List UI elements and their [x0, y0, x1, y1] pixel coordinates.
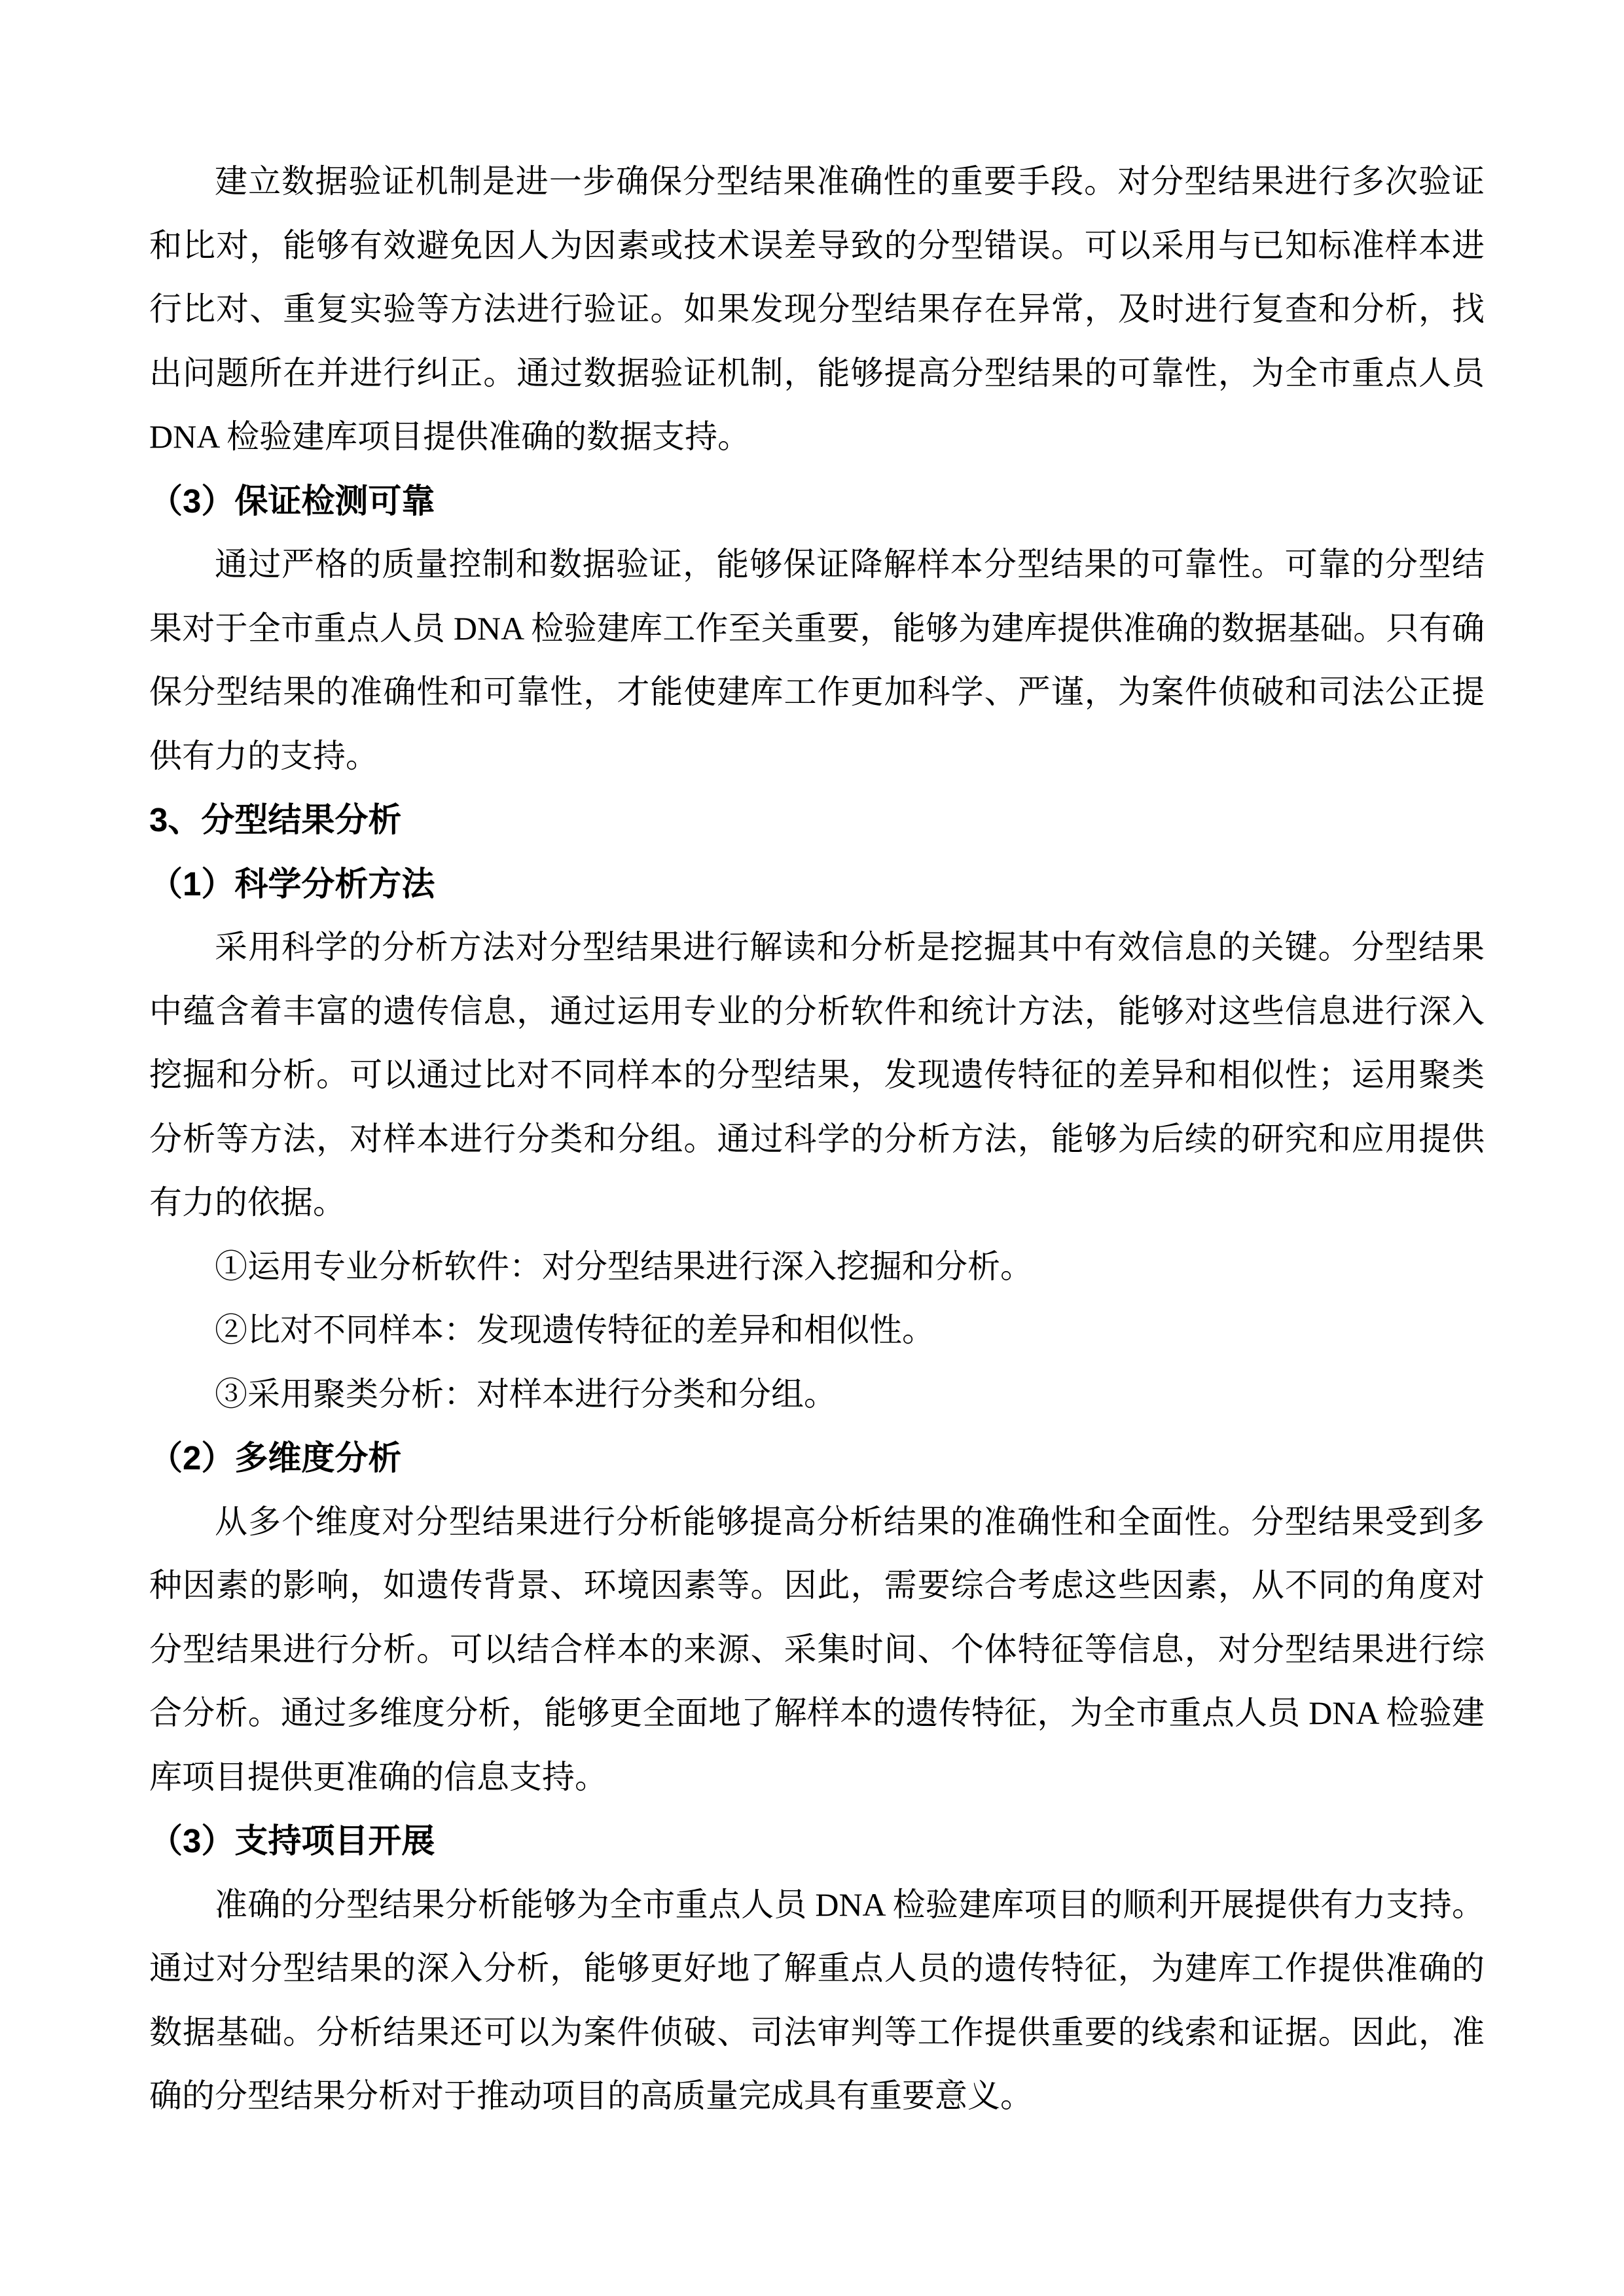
list-item-cluster-analysis: ③采用聚类分析：对样本进行分类和分组。 [149, 1363, 1485, 1427]
document-content: 建立数据验证机制是进一步确保分型结果准确性的重要手段。对分型结果进行多次验证和比… [149, 150, 1485, 2128]
list-item-professional-software: ①运用专业分析软件：对分型结果进行深入挖掘和分析。 [149, 1235, 1485, 1299]
paragraph-support-project: 准确的分型结果分析能够为全市重点人员 DNA 检验建库项目的顺利开展提供有力支持… [149, 1873, 1485, 2128]
list-item-compare-samples: ②比对不同样本：发现遗传特征的差异和相似性。 [149, 1299, 1485, 1363]
heading-multi-dimension-analysis: （2）多维度分析 [149, 1426, 1485, 1490]
document-page: 建立数据验证机制是进一步确保分型结果准确性的重要手段。对分型结果进行多次验证和比… [0, 0, 1624, 2296]
paragraph-scientific-method: 采用科学的分析方法对分型结果进行解读和分析是挖掘其中有效信息的关键。分型结果中蕴… [149, 916, 1485, 1235]
paragraph-data-verification: 建立数据验证机制是进一步确保分型结果准确性的重要手段。对分型结果进行多次验证和比… [149, 150, 1485, 469]
heading-typing-result-analysis: 3、分型结果分析 [149, 788, 1485, 852]
heading-ensure-detection-reliable: （3）保证检测可靠 [149, 469, 1485, 533]
paragraph-quality-control: 通过严格的质量控制和数据验证，能够保证降解样本分型结果的可靠性。可靠的分型结果对… [149, 533, 1485, 788]
heading-support-project: （3）支持项目开展 [149, 1809, 1485, 1873]
paragraph-multi-dimension: 从多个维度对分型结果进行分析能够提高分析结果的准确性和全面性。分型结果受到多种因… [149, 1490, 1485, 1810]
heading-scientific-analysis-method: （1）科学分析方法 [149, 852, 1485, 916]
